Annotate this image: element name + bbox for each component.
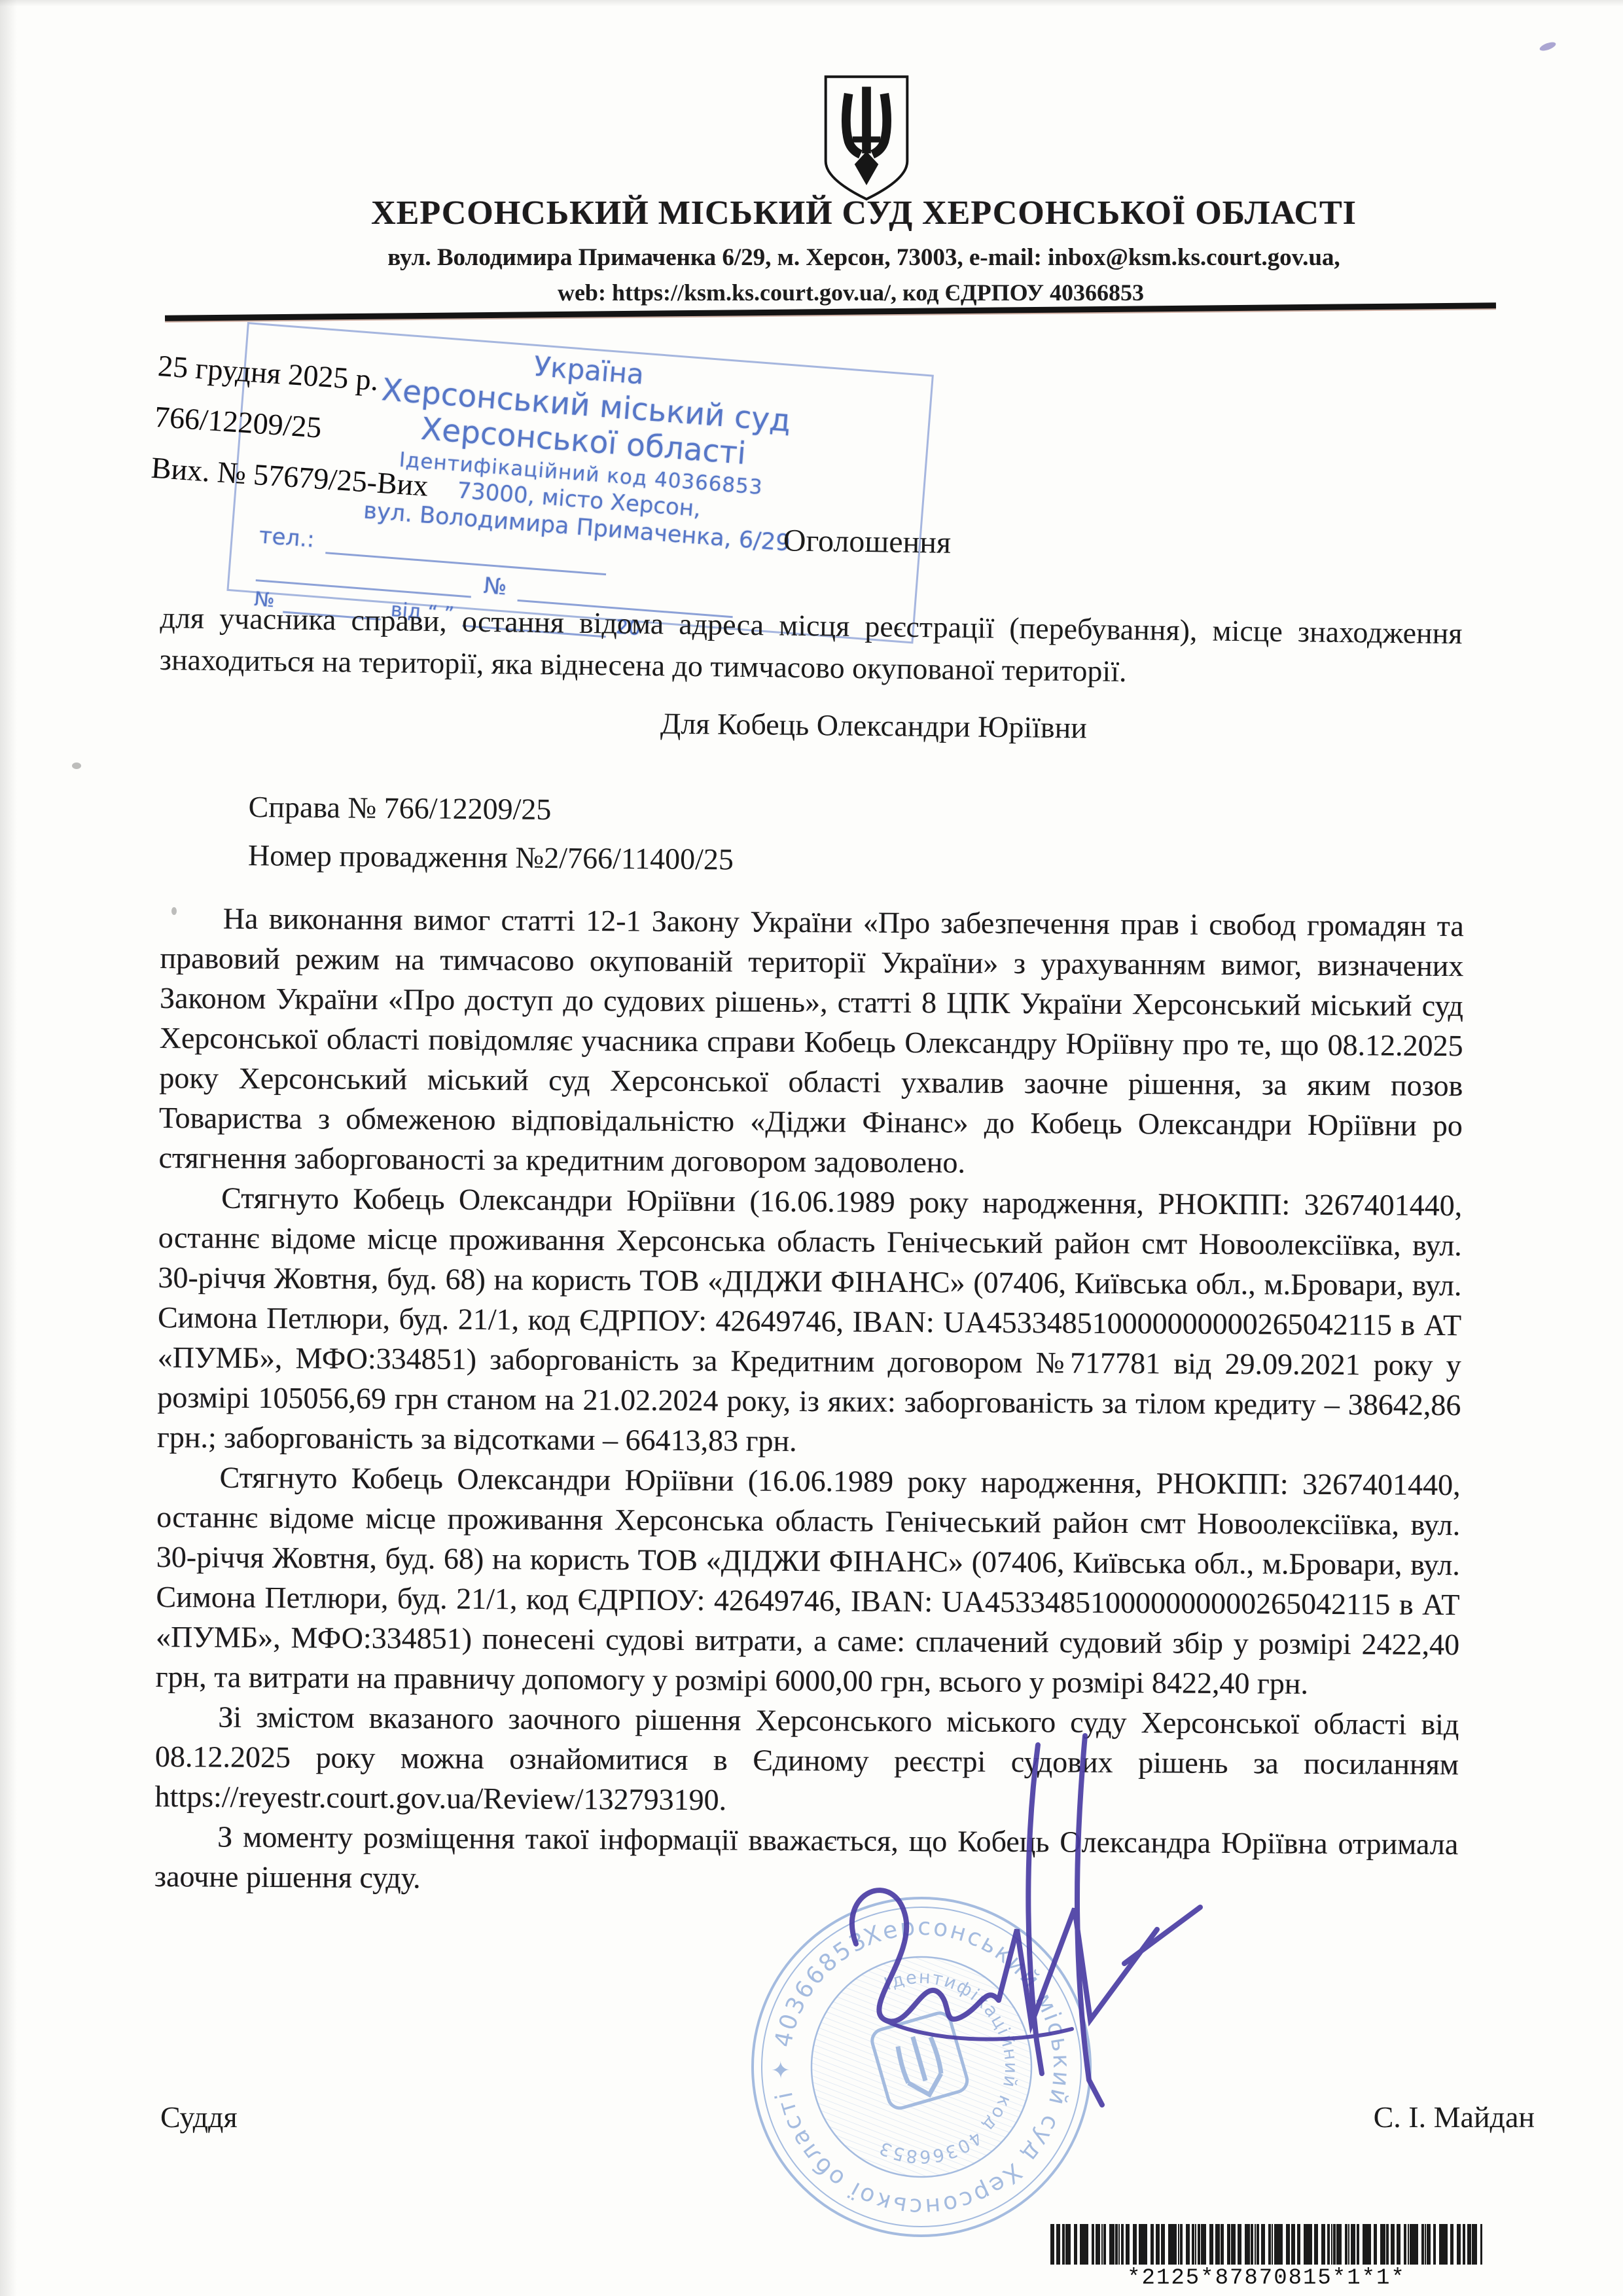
case-number-line: Справа № 766/12209/25 — [248, 783, 734, 835]
intro-paragraph: для учасника справи, остання відома адре… — [159, 597, 1462, 696]
court-web-line: web: https://ksm.ks.court.gov.ua/, код Є… — [200, 279, 1502, 306]
scan-edge-shadow — [0, 0, 17, 2296]
court-address: вул. Володимира Примаченка 6/29, м. Херс… — [213, 243, 1515, 272]
proceeding-number-line: Номер провадження №2/766/11400/25 — [248, 831, 734, 884]
barcode-caption: *2125*87870815*1*1* — [1050, 2266, 1482, 2291]
judge-name: С. І. Майдан — [1374, 2100, 1535, 2134]
body-paragraph: На виконання вимог статті 12-1 Закону Ук… — [158, 898, 1464, 1185]
scanned-court-document: ХЕРСОНСЬКИЙ МІСЬКИЙ СУД ХЕРСОНСЬКОЇ ОБЛА… — [0, 0, 1623, 2296]
pen-mark — [1539, 41, 1557, 52]
court-name: ХЕРСОНСЬКИЙ МІСЬКИЙ СУД ХЕРСОНСЬКОЇ ОБЛА… — [213, 194, 1515, 232]
ukraine-trident-emblem-icon — [817, 71, 916, 204]
addressee-line: Для Кобець Олександри Юріївни — [223, 702, 1525, 750]
case-block: Справа № 766/12209/25 Номер провадження … — [248, 783, 734, 884]
judge-label: Суддя — [160, 2100, 238, 2134]
body-paragraph: Стягнуто Кобець Олександри Юріївни (16.0… — [157, 1177, 1463, 1465]
scan-speck — [72, 762, 81, 769]
judge-signature — [732, 1733, 1242, 2113]
stamp-no-label: № — [483, 573, 508, 601]
reference-block: 25 грудня 2025 р. 766/12209/25 Вих. № 57… — [149, 340, 656, 526]
barcode-bars — [1050, 2224, 1482, 2265]
body-paragraph: Стягнуто Кобець Олександри Юріївни (16.0… — [156, 1457, 1461, 1704]
barcode: *2125*87870815*1*1* — [1050, 2224, 1482, 2291]
scan-edge-shadow-top — [0, 0, 1623, 7]
